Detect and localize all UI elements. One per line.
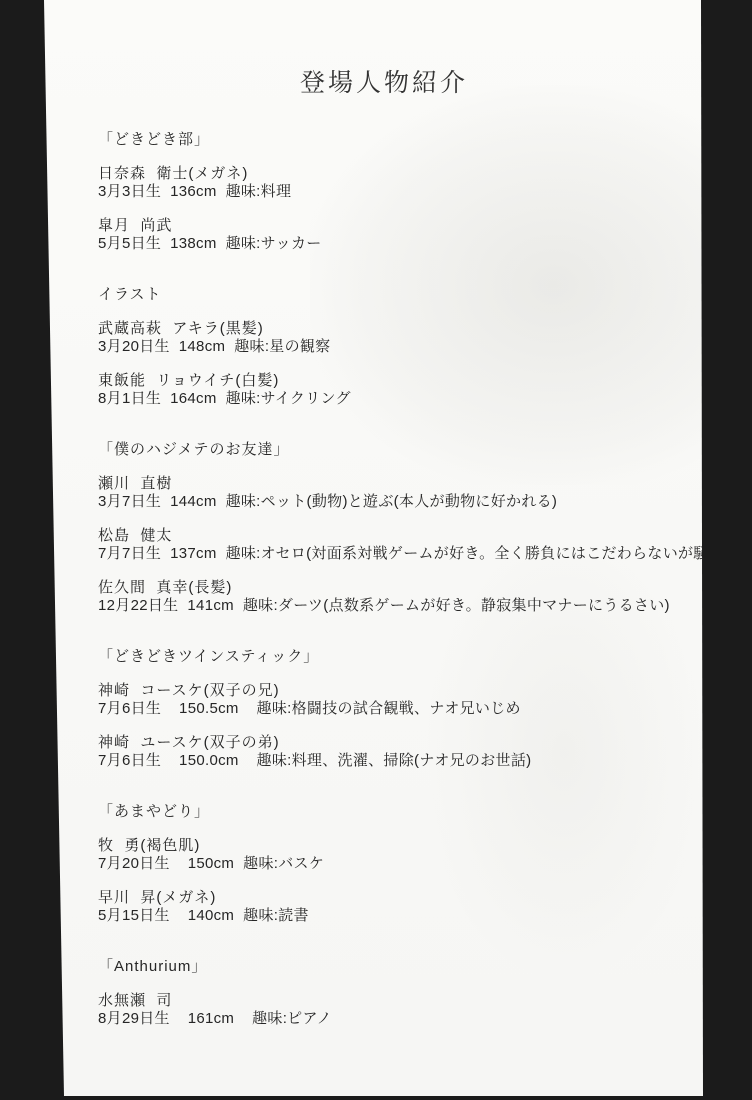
character-info: 5月5日生 138cm 趣味:サッカー bbox=[98, 235, 698, 253]
character-section-anthurium: 「Anthurium」 水無瀬 司 8月29日生 161cm 趣味:ピアノ bbox=[98, 958, 698, 1028]
section-heading: イラスト bbox=[98, 286, 698, 304]
character-info: 7月20日生 150cm 趣味:バスケ bbox=[98, 855, 698, 873]
character-entry: 水無瀬 司 8月29日生 161cm 趣味:ピアノ bbox=[98, 992, 698, 1028]
character-entry: 佐久間 真幸(長髪) 12月22日生 141cm 趣味:ダーツ(点数系ゲームが好… bbox=[98, 579, 698, 615]
character-name: 早川 昇(メガネ) bbox=[98, 889, 698, 907]
section-heading: 「どきどき部」 bbox=[98, 131, 698, 149]
character-name: 水無瀬 司 bbox=[98, 992, 698, 1010]
character-name: 神崎 ユースケ(双子の弟) bbox=[98, 734, 698, 752]
character-entry: 牧 勇(褐色肌) 7月20日生 150cm 趣味:バスケ bbox=[98, 837, 698, 873]
character-info: 8月1日生 164cm 趣味:サイクリング bbox=[98, 390, 698, 408]
character-section-amayadori: 「あまやどり」 牧 勇(褐色肌) 7月20日生 150cm 趣味:バスケ 早川 … bbox=[98, 803, 698, 925]
character-name: 東飯能 リョウイチ(白髪) bbox=[98, 372, 698, 390]
character-name: 佐久間 真幸(長髪) bbox=[98, 579, 698, 597]
character-entry: 早川 昇(メガネ) 5月15日生 140cm 趣味:読書 bbox=[98, 889, 698, 925]
character-info: 3月20日生 148cm 趣味:星の観察 bbox=[98, 338, 698, 356]
page-title: 登場人物紹介 bbox=[98, 68, 670, 98]
character-entry: 神崎 コースケ(双子の兄) 7月6日生 150.5cm 趣味:格闘技の試合観戦、… bbox=[98, 682, 698, 718]
character-info: 3月7日生 144cm 趣味:ペット(動物)と遊ぶ(本人が動物に好かれる) bbox=[98, 493, 698, 511]
section-heading: 「Anthurium」 bbox=[98, 958, 698, 976]
character-name: 神崎 コースケ(双子の兄) bbox=[98, 682, 698, 700]
character-name: 牧 勇(褐色肌) bbox=[98, 837, 698, 855]
character-entry: 松島 健太 7月7日生 137cm 趣味:オセロ(対面系対戦ゲームが好き。全く勝… bbox=[98, 527, 698, 563]
character-info: 8月29日生 161cm 趣味:ピアノ bbox=[98, 1010, 698, 1028]
character-entry: 東飯能 リョウイチ(白髪) 8月1日生 164cm 趣味:サイクリング bbox=[98, 372, 698, 408]
character-name: 日奈森 衛士(メガネ) bbox=[98, 165, 698, 183]
character-section-dokidoki-twinstick: 「どきどきツインスティック」 神崎 コースケ(双子の兄) 7月6日生 150.5… bbox=[98, 648, 698, 770]
character-name: 瀬川 直樹 bbox=[98, 475, 698, 493]
section-heading: 「どきどきツインスティック」 bbox=[98, 648, 698, 666]
character-section-dokidoki-bu: 「どきどき部」 日奈森 衛士(メガネ) 3月3日生 136cm 趣味:料理 皐月… bbox=[98, 131, 698, 253]
character-info: 7月6日生 150.5cm 趣味:格闘技の試合観戦、ナオ兄いじめ bbox=[98, 700, 698, 718]
section-heading: 「僕のハジメテのお友達」 bbox=[98, 441, 698, 459]
character-section-boku-no-hajimete: 「僕のハジメテのお友達」 瀬川 直樹 3月7日生 144cm 趣味:ペット(動物… bbox=[98, 441, 698, 615]
character-info: 7月7日生 137cm 趣味:オセロ(対面系対戦ゲームが好き。全く勝負にはこだわ… bbox=[98, 545, 698, 563]
character-info: 7月6日生 150.0cm 趣味:料理、洗濯、掃除(ナオ兄のお世話) bbox=[98, 752, 698, 770]
character-name: 皐月 尚武 bbox=[98, 217, 698, 235]
character-info: 3月3日生 136cm 趣味:料理 bbox=[98, 183, 698, 201]
section-heading: 「あまやどり」 bbox=[98, 803, 698, 821]
scanned-page: 登場人物紹介 「どきどき部」 日奈森 衛士(メガネ) 3月3日生 136cm 趣… bbox=[44, 0, 703, 1100]
page-content: 登場人物紹介 「どきどき部」 日奈森 衛士(メガネ) 3月3日生 136cm 趣… bbox=[98, 0, 698, 1028]
character-name: 松島 健太 bbox=[98, 527, 698, 545]
character-name: 武蔵高萩 アキラ(黒髪) bbox=[98, 320, 698, 338]
character-entry: 神崎 ユースケ(双子の弟) 7月6日生 150.0cm 趣味:料理、洗濯、掃除(… bbox=[98, 734, 698, 770]
character-info: 12月22日生 141cm 趣味:ダーツ(点数系ゲームが好き。静寂集中マナーにう… bbox=[98, 597, 698, 615]
character-entry: 皐月 尚武 5月5日生 138cm 趣味:サッカー bbox=[98, 217, 698, 253]
character-section-illust: イラスト 武蔵高萩 アキラ(黒髪) 3月20日生 148cm 趣味:星の観察 東… bbox=[98, 286, 698, 408]
character-entry: 武蔵高萩 アキラ(黒髪) 3月20日生 148cm 趣味:星の観察 bbox=[98, 320, 698, 356]
character-entry: 日奈森 衛士(メガネ) 3月3日生 136cm 趣味:料理 bbox=[98, 165, 698, 201]
character-entry: 瀬川 直樹 3月7日生 144cm 趣味:ペット(動物)と遊ぶ(本人が動物に好か… bbox=[98, 475, 698, 511]
character-info: 5月15日生 140cm 趣味:読書 bbox=[98, 907, 698, 925]
